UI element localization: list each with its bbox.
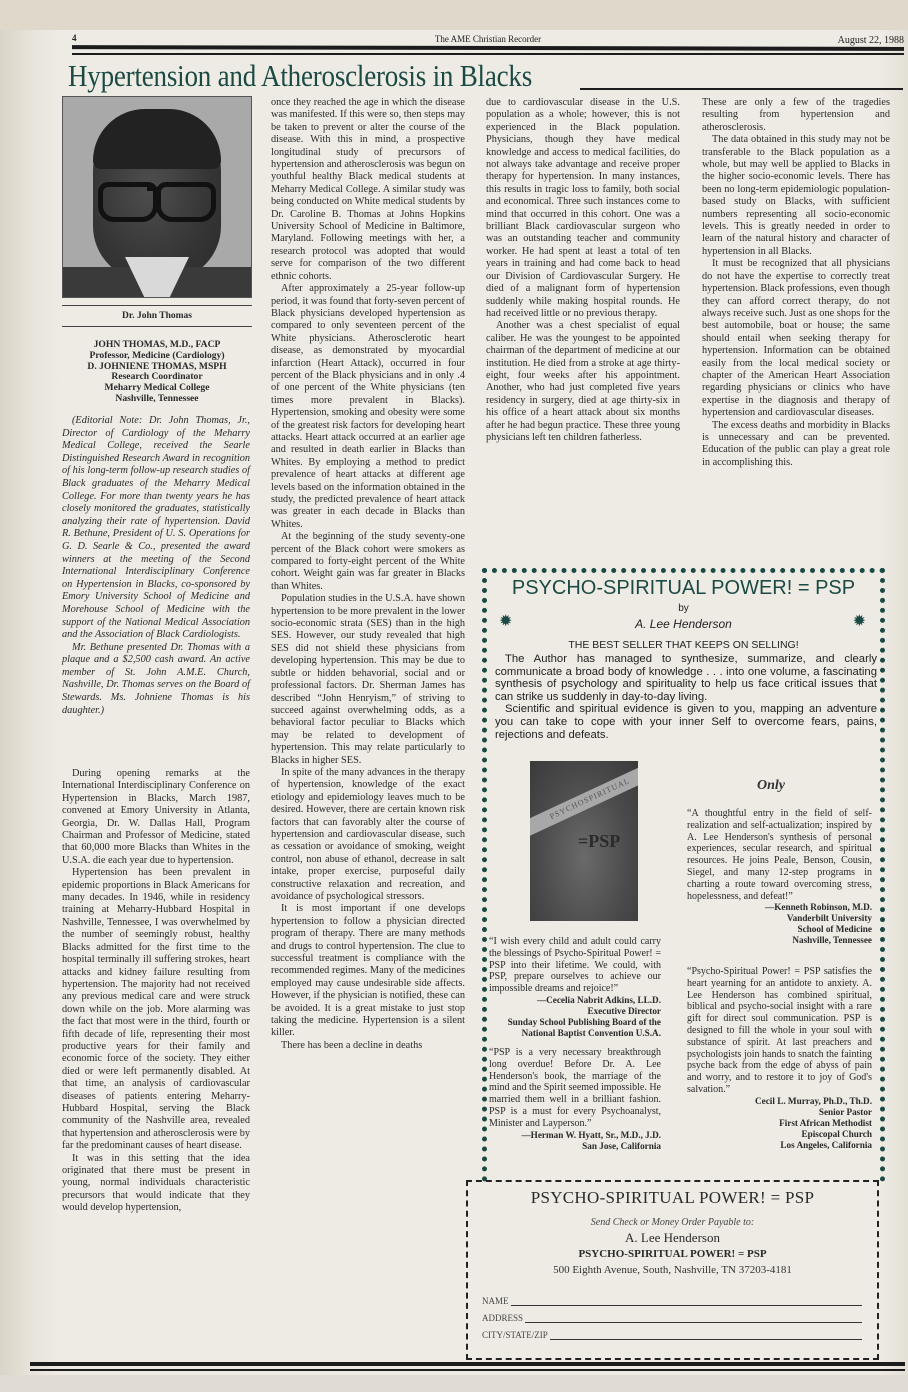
name-field[interactable]: NAME: [482, 1296, 862, 1306]
article-paragraph: due to cardiovascular disease in the U.S…: [486, 97, 680, 320]
coupon-address: 500 Eighth Avenue, South, Nashville, TN …: [468, 1264, 877, 1276]
ad-author: A. Lee Henderson: [487, 617, 880, 631]
article-headline: Hypertension and Atherosclerosis in Blac…: [68, 59, 532, 94]
quote-attribution: Cecil L. Murray, Ph.D., Th.D. Senior Pas…: [687, 1096, 872, 1151]
article-paragraph: The data obtained in this study may not …: [702, 134, 890, 258]
article-paragraph: Another was a chest specialist of equal …: [486, 320, 680, 444]
article-paragraph: It must be recognized that all physician…: [702, 258, 890, 419]
byline-line: Professor, Medicine (Cardiology): [62, 351, 252, 362]
book-cover-image: PSYCHOSPIRITUAL =PSP: [530, 761, 638, 921]
city-state-zip-field-label: CITY/STATE/ZIP: [482, 1330, 548, 1340]
quote-text: “Psycho-Spiritual Power! = PSP satisfies…: [687, 966, 872, 1096]
attribution-line: National Baptist Convention U.S.A.: [489, 1028, 661, 1039]
book-cover-title: =PSP: [578, 831, 620, 852]
ad-blurb: The Author has managed to synthesize, su…: [495, 653, 877, 741]
byline: JOHN THOMAS, M.D., FACP Professor, Medic…: [62, 340, 252, 405]
headline-rule: [580, 88, 903, 90]
publication-name: The AME Christian Recorder: [72, 34, 904, 44]
coupon-payee: A. Lee Henderson: [468, 1230, 877, 1246]
attribution-line: Senior Pastor: [687, 1107, 872, 1118]
page-bottom-margin: [0, 1375, 908, 1392]
editorial-paragraph: (Editorial Note: Dr. John Thomas, Jr., D…: [62, 415, 250, 642]
testimonial-quote: “PSP is a very necessary breakthrough lo…: [489, 1047, 661, 1152]
attribution-line: —Herman W. Hyatt, Sr., M.D., J.D.: [489, 1130, 661, 1141]
attribution-line: —Kenneth Robinson, M.D.: [687, 902, 872, 913]
article-paragraph: There has been a decline in deaths: [271, 1040, 465, 1052]
attribution-line: School of Medicine: [687, 924, 872, 935]
article-paragraph: During opening remarks at the Internatio…: [62, 768, 250, 867]
only-label: Only: [757, 778, 785, 794]
address-field[interactable]: ADDRESS: [482, 1313, 862, 1323]
article-column-4: These are only a few of the tragedies re…: [702, 97, 890, 469]
attribution-line: San Jose, California: [489, 1141, 661, 1152]
testimonial-quote: “Psycho-Spiritual Power! = PSP satisfies…: [687, 966, 872, 1151]
article-column-3: due to cardiovascular disease in the U.S…: [486, 97, 680, 444]
footer-rule-thin: [30, 1369, 905, 1371]
coupon-payee-org: PSYCHO-SPIRITUAL POWER! = PSP: [468, 1248, 877, 1260]
quote-attribution: —Cecelia Nabrit Adkins, LL.D. Executive …: [489, 995, 661, 1039]
quote-text: “I wish every child and adult could carr…: [489, 936, 661, 995]
testimonial-quote: “I wish every child and adult could carr…: [489, 936, 661, 1039]
attribution-line: Episcopal Church: [687, 1129, 872, 1140]
order-coupon: PSYCHO-SPIRITUAL POWER! = PSP Send Check…: [466, 1180, 879, 1360]
attribution-line: —Cecelia Nabrit Adkins, LL.D.: [489, 995, 661, 1006]
masthead-rule-thick: [72, 45, 904, 51]
article-paragraph: Population studies in the U.S.A. have sh…: [271, 593, 465, 767]
photo-caption: Dr. John Thomas: [62, 311, 252, 321]
article-paragraph: After approximately a 25-year follow-up …: [271, 283, 465, 531]
quote-text: “A thoughtful entry in the field of self…: [687, 808, 872, 902]
quote-attribution: —Kenneth Robinson, M.D. Vanderbilt Unive…: [687, 902, 872, 946]
quote-text: “PSP is a very necessary breakthrough lo…: [489, 1047, 661, 1130]
attribution-line: First African Methodist: [687, 1118, 872, 1129]
ad-tagline: THE BEST SELLER THAT KEEPS ON SELLING!: [487, 639, 880, 651]
article-paragraph: At the beginning of the study seventy-on…: [271, 531, 465, 593]
attribution-line: Vanderbilt University: [687, 913, 872, 924]
city-state-zip-field-line[interactable]: [550, 1330, 862, 1340]
article-column-2: once they reached the age in which the d…: [271, 97, 465, 1052]
name-field-line[interactable]: [511, 1296, 863, 1306]
caption-rule-bottom: [62, 326, 252, 327]
ad-title: PSYCHO-SPIRITUAL POWER! = PSP: [487, 577, 880, 600]
ad-blurb-paragraph: The Author has managed to synthesize, su…: [495, 653, 877, 703]
quote-attribution: —Herman W. Hyatt, Sr., M.D., J.D. San Jo…: [489, 1130, 661, 1152]
article-paragraph: The excess deaths and morbidity in Black…: [702, 420, 890, 470]
coupon-title: PSYCHO-SPIRITUAL POWER! = PSP: [468, 1188, 877, 1208]
article-paragraph: It was in this setting that the idea ori…: [62, 1153, 250, 1215]
city-state-zip-field[interactable]: CITY/STATE/ZIP: [482, 1330, 862, 1340]
address-field-line[interactable]: [525, 1313, 862, 1323]
editorial-paragraph: Mr. Bethune presented Dr. Thomas with a …: [62, 642, 250, 718]
attribution-line: Nashville, Tennessee: [687, 935, 872, 946]
ad-blurb-paragraph: Scientific and spiritual evidence is giv…: [495, 703, 877, 741]
attribution-line: Executive Director: [489, 1006, 661, 1017]
attribution-line: Sunday School Publishing Board of the: [489, 1017, 661, 1028]
article-paragraph: In spite of the many advances in the the…: [271, 767, 465, 903]
name-field-label: NAME: [482, 1296, 509, 1306]
article-paragraph: It is most important if one develops hyp…: [271, 903, 465, 1039]
issue-date: August 22, 1988: [838, 35, 904, 46]
byline-line: Nashville, Tennessee: [62, 394, 252, 405]
newspaper-page: 4 The AME Christian Recorder August 22, …: [0, 0, 908, 1392]
page-top-margin: [0, 0, 908, 30]
article-column-1: During opening remarks at the Internatio…: [62, 768, 250, 1215]
footer-rule-thick: [30, 1362, 905, 1366]
author-photo: [62, 96, 252, 298]
psp-advertisement: PSYCHO-SPIRITUAL POWER! = PSP by ✹ ✹ A. …: [482, 568, 885, 1182]
coupon-instructions: Send Check or Money Order Payable to:: [468, 1217, 877, 1228]
attribution-line: Los Angeles, California: [687, 1140, 872, 1151]
article-paragraph: Hypertension has been prevalent in epide…: [62, 867, 250, 1152]
ad-by: by: [487, 603, 880, 614]
masthead-rule-thin: [72, 53, 904, 55]
editorial-note: (Editorial Note: Dr. John Thomas, Jr., D…: [62, 415, 250, 717]
attribution-line: Cecil L. Murray, Ph.D., Th.D.: [687, 1096, 872, 1107]
testimonial-quote: “A thoughtful entry in the field of self…: [687, 808, 872, 946]
book-cover-band: PSYCHOSPIRITUAL: [530, 762, 638, 836]
caption-rule-top: [62, 305, 252, 306]
article-paragraph: once they reached the age in which the d…: [271, 97, 465, 283]
address-field-label: ADDRESS: [482, 1313, 523, 1323]
article-paragraph: These are only a few of the tragedies re…: [702, 97, 890, 134]
